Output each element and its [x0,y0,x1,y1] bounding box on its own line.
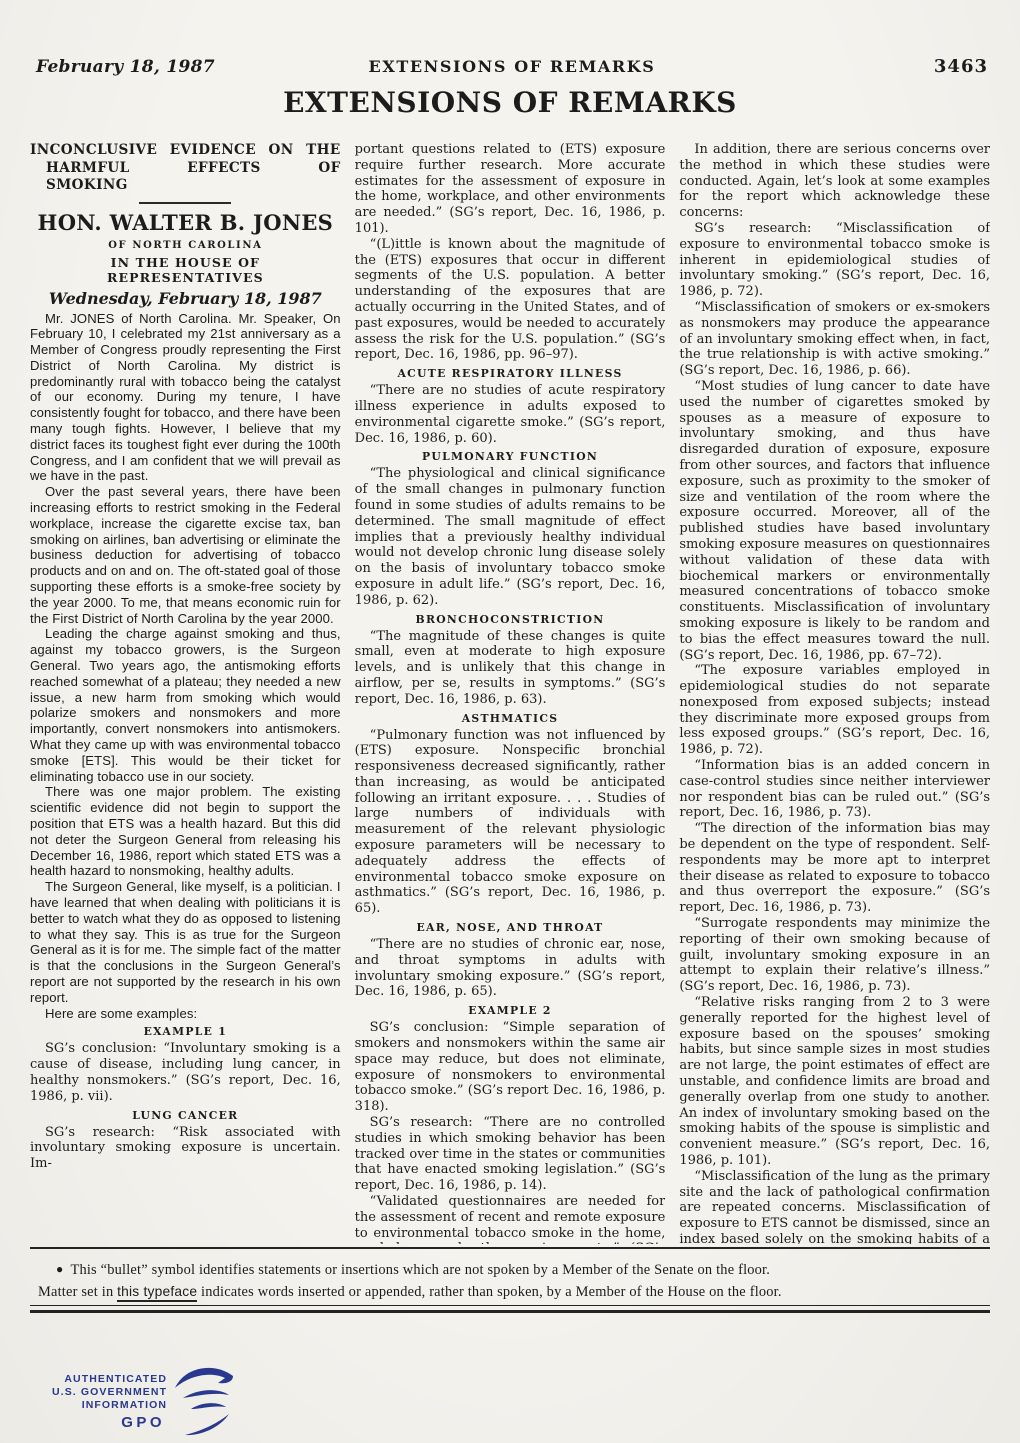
paragraph: “(L)ittle is known about the magnitude o… [355,237,666,363]
paragraph: “Relative risks ranging from 2 to 3 were… [679,995,990,1169]
paragraph: Leading the charge against smoking and t… [30,626,341,784]
house-note-suffix: indicates words inserted or appended, ra… [197,1284,781,1300]
section-heading: EAR, NOSE, AND THROAT [355,921,666,934]
left-column: INCONCLUSIVE EVIDENCE ON THE HARMFUL EFF… [30,142,341,1244]
running-header: February 18, 1987 EXTENSIONS OF REMARKS … [36,56,988,77]
paragraph: The Surgeon General, like myself, is a p… [30,879,341,1005]
paragraph: “Surrogate respondents may minimize the … [679,916,990,995]
gpo-line-authenticated: AUTHENTICATED [52,1373,167,1386]
paragraph: Mr. JONES of North Carolina. Mr. Speaker… [30,311,341,485]
section-heading: LUNG CANCER [30,1109,341,1122]
paragraph: “Misclassification of the lung as the pr… [679,1169,990,1244]
senate-note-text: This “bullet” symbol identifies statemen… [70,1262,770,1278]
bullet-icon: ● [56,1262,63,1276]
paragraph: “The magnitude of these changes is quite… [355,629,666,708]
paragraph: Here are some examples: [30,1006,341,1022]
paragraph: “Misclassification of smokers or ex-smok… [679,300,990,379]
paragraph: SG’s conclusion: “Involuntary smoking is… [30,1041,341,1104]
paragraph: “The physiological and clinical signific… [355,466,666,608]
footer-note: ●This “bullet” symbol identifies stateme… [30,1247,990,1314]
paragraph: In addition, there are serious concerns … [679,142,990,221]
gpo-line-information: INFORMATION [52,1399,167,1412]
paragraph: “Information bias is an added concern in… [679,758,990,821]
gpo-line-government: U.S. GOVERNMENT [52,1386,167,1399]
speaker-name: HON. WALTER B. JONES [30,210,341,235]
paragraph: SG’s research: “Risk associated with inv… [30,1125,341,1172]
section-heading: PULMONARY FUNCTION [355,450,666,463]
gpo-acronym: GPO [52,1416,167,1429]
paragraph: “Pulmonary function was not influenced b… [355,728,666,918]
house-note-prefix: Matter set in [38,1284,117,1300]
paragraph: “The exposure variables employed in epid… [679,663,990,758]
speaker-state: OF NORTH CAROLINA [30,240,341,251]
speech-date: Wednesday, February 18, 1987 [30,289,341,308]
house-note-typeface-sample: this typeface [117,1284,197,1302]
gpo-eagle-icon [171,1364,237,1443]
congressional-record-page: February 18, 1987 EXTENSIONS OF REMARKS … [0,0,1020,1443]
chamber-line: IN THE HOUSE OF REPRESENTATIVES [30,255,341,285]
gpo-logo: AUTHENTICATED U.S. GOVERNMENT INFORMATIO… [52,1364,237,1443]
paragraph: “There are no studies of chronic ear, no… [355,937,666,1000]
paragraph: “Most studies of lung cancer to date hav… [679,379,990,663]
house-typeface-note: Matter set in this typeface indicates wo… [38,1281,982,1303]
paragraph: “There are no studies of acute respirato… [355,383,666,446]
paragraph: portant questions related to (ETS) expos… [355,142,666,237]
issue-date: February 18, 1987 [36,57,261,77]
right-column: In addition, there are serious concerns … [679,142,990,1244]
paragraph: “The direction of the information bias m… [679,821,990,916]
gpo-authentication-text: AUTHENTICATED U.S. GOVERNMENT INFORMATIO… [52,1364,167,1429]
paragraph: “Validated questionnaires are needed for… [355,1194,666,1244]
page-number: 3463 [763,56,988,77]
left-column-blocks: Mr. JONES of North Carolina. Mr. Speaker… [30,311,341,1172]
paragraph: SG’s research: “Misclassification of exp… [679,221,990,300]
paragraph: SG’s research: “There are no controlled … [355,1115,666,1194]
footer-double-rule [30,1305,990,1313]
section-heading: ACUTE RESPIRATORY ILLNESS [355,367,666,380]
section-heading: BRONCHOCONSTRICTION [355,613,666,626]
section-heading: EXAMPLE 2 [355,1004,666,1017]
content-columns: INCONCLUSIVE EVIDENCE ON THE HARMFUL EFF… [30,142,990,1244]
title-divider [139,202,231,204]
paragraph: SG’s conclusion: “Simple separation of s… [355,1020,666,1115]
section-heading: ASTHMATICS [355,712,666,725]
section-heading: EXAMPLE 1 [30,1025,341,1038]
senate-bullet-note: ●This “bullet” symbol identifies stateme… [38,1259,982,1281]
middle-column: portant questions related to (ETS) expos… [355,142,666,1244]
article-title: INCONCLUSIVE EVIDENCE ON THE HARMFUL EFF… [30,142,341,195]
paragraph: There was one major problem. The existin… [30,784,341,879]
section-title: EXTENSIONS OF REMARKS [0,86,1020,119]
running-title: EXTENSIONS OF REMARKS [261,57,763,76]
paragraph: Over the past several years, there have … [30,484,341,626]
